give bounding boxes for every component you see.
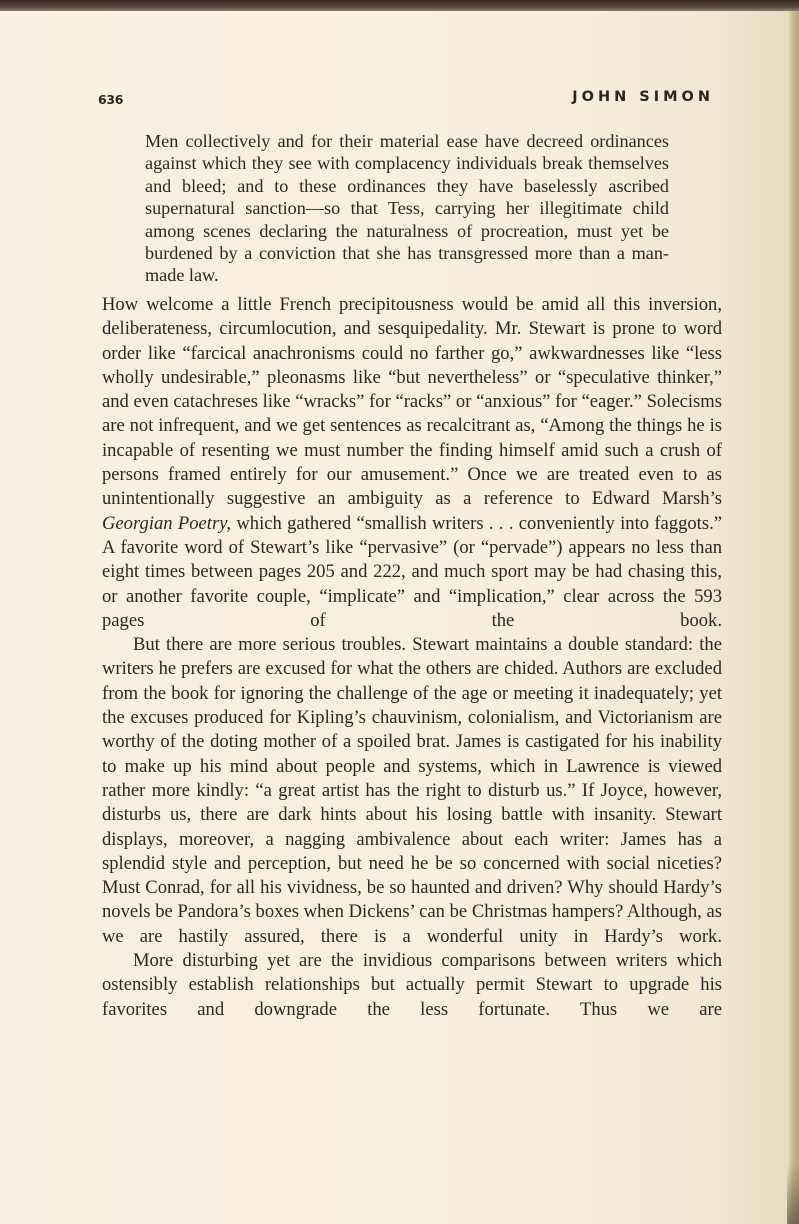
paragraph-3: More disturbing yet are the invidious co… [102,949,722,1022]
page-top-edge [0,0,799,11]
page-number: 636 [98,92,123,107]
book-title-italic: Georgian Poetry, [102,513,231,534]
block-quotation: Men collectively and for their material … [145,130,669,287]
quotation-text: Men collectively and for their material … [145,130,669,287]
paragraph-1: How welcome a little French precipitousn… [102,293,722,633]
paragraph-1-text-a: How welcome a little French precipitousn… [102,294,722,509]
book-spine-edge [789,11,799,1224]
page-header: 636 JOHN SIMON [98,89,714,109]
running-head: JOHN SIMON [572,89,714,105]
page-corner-shadow [787,1164,799,1224]
paragraph-2: But there are more serious troubles. Ste… [102,633,722,949]
body-text: How welcome a little French precipitousn… [102,293,722,1022]
